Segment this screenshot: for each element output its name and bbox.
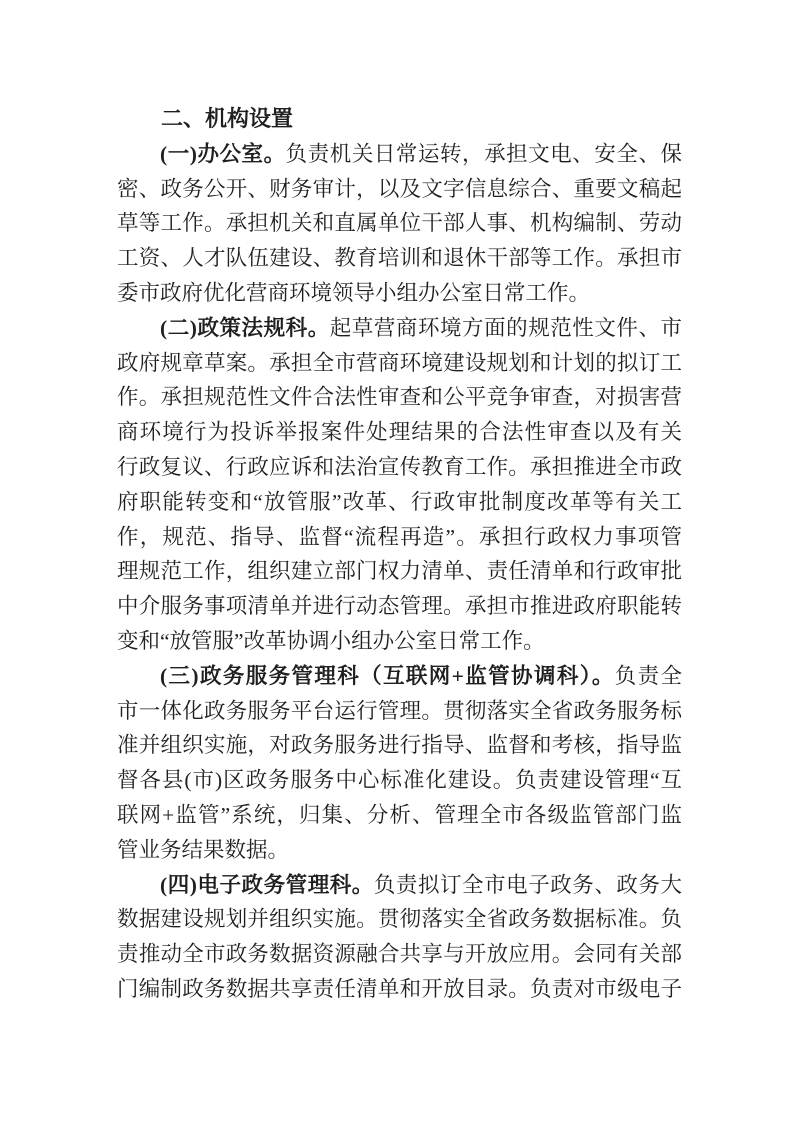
body-text: 管业务结果数据。	[117, 838, 289, 862]
text-line: 准并组织实施，对政务服务进行指导、监督和考核，指导监	[117, 728, 682, 763]
document-page: 二、机构设置 (一)办公室。负责机关日常运转，承担文电、安全、保密、政务公开、财…	[0, 0, 793, 1122]
body-text: 市一体化政务服务平台运行管理。贯彻落实全省政务服务标	[117, 699, 682, 723]
document-content: 二、机构设置 (一)办公室。负责机关日常运转，承担文电、安全、保密、政务公开、财…	[117, 102, 682, 1007]
body-text: 理规范工作，组织建立部门权力清单、责任清单和行政审批	[117, 559, 682, 583]
section-heading: 二、机构设置	[117, 102, 682, 137]
text-line: (一)办公室。负责机关日常运转，承担文电、安全、保	[117, 137, 682, 172]
text-line: (三)政务服务管理科（互联网+监管协调科）。负责全	[117, 659, 682, 694]
body-text: 负责全	[615, 664, 682, 688]
body-text: 作。承担规范性文件合法性审查和公平竞争审查，对损害营	[117, 385, 682, 409]
paragraph: (四)电子政务管理科。负责拟订全市电子政务、政务大数据建设规划并组织实施。贯彻落…	[117, 868, 682, 1007]
text-line: 草等工作。承担机关和直属单位干部人事、机构编制、劳动	[117, 206, 682, 241]
text-line: 数据建设规划并组织实施。贯彻落实全省政务数据标准。负	[117, 902, 682, 937]
body-text: 密、政务公开、财务审计，以及文字信息综合、重要文稿起	[117, 177, 682, 201]
text-line: 密、政务公开、财务审计，以及文字信息综合、重要文稿起	[117, 172, 682, 207]
text-line: 管业务结果数据。	[117, 833, 682, 868]
body-text: 数据建设规划并组织实施。贯彻落实全省政务数据标准。负	[117, 907, 682, 931]
body-text: 准并组织实施，对政务服务进行指导、监督和考核，指导监	[117, 733, 682, 757]
text-line: 联网+监管”系统，归集、分析、管理全市各级监管部门监	[117, 798, 682, 833]
section-label: (四)电子政务管理科。	[160, 873, 374, 897]
text-line: 府职能转变和“放管服”改革、行政审批制度改革等有关工	[117, 485, 682, 520]
text-line: 中介服务事项清单并进行动态管理。承担市推进政府职能转	[117, 589, 682, 624]
text-line: 门编制政务数据共享责任清单和开放目录。负责对市级电子	[117, 972, 682, 1007]
text-line: 责推动全市政务数据资源融合共享与开放应用。会同有关部	[117, 937, 682, 972]
section-label: (二)政策法规科。	[160, 316, 330, 340]
text-line: 变和“放管服”改革协调小组办公室日常工作。	[117, 624, 682, 659]
body-text: 责推动全市政务数据资源融合共享与开放应用。会同有关部	[117, 942, 682, 966]
body-text: 行政复议、行政应诉和法治宣传教育工作。承担推进全市政	[117, 455, 682, 479]
text-line: 商环境行为投诉举报案件处理结果的合法性审查以及有关	[117, 415, 682, 450]
text-line: 督各县(市)区政务服务中心标准化建设。负责建设管理“互	[117, 763, 682, 798]
text-line: 委市政府优化营商环境领导小组办公室日常工作。	[117, 276, 682, 311]
body-text: 中介服务事项清单并进行动态管理。承担市推进政府职能转	[117, 594, 682, 618]
body-text: 委市政府优化营商环境领导小组办公室日常工作。	[117, 281, 590, 305]
text-line: (四)电子政务管理科。负责拟订全市电子政务、政务大	[117, 868, 682, 903]
body-text: 起草营商环境方面的规范性文件、市	[330, 316, 682, 340]
paragraph: (二)政策法规科。起草营商环境方面的规范性文件、市政府规章草案。承担全市营商环境…	[117, 311, 682, 659]
body-text: 联网+监管”系统，归集、分析、管理全市各级监管部门监	[117, 803, 682, 827]
text-line: 作。承担规范性文件合法性审查和公平竞争审查，对损害营	[117, 380, 682, 415]
text-line: 工资、人才队伍建设、教育培训和退休干部等工作。承担市	[117, 241, 682, 276]
body-text: 府职能转变和“放管服”改革、行政审批制度改革等有关工	[117, 490, 682, 514]
body-text: 工资、人才队伍建设、教育培训和退休干部等工作。承担市	[117, 246, 682, 270]
text-line: 理规范工作，组织建立部门权力清单、责任清单和行政审批	[117, 554, 682, 589]
text-line: 市一体化政务服务平台运行管理。贯彻落实全省政务服务标	[117, 694, 682, 729]
text-line: 作，规范、指导、监督“流程再造”。承担行政权力事项管	[117, 520, 682, 555]
body-text: 变和“放管服”改革协调小组办公室日常工作。	[117, 629, 545, 653]
text-line: (二)政策法规科。起草营商环境方面的规范性文件、市	[117, 311, 682, 346]
section-label: (三)政务服务管理科（互联网+监管协调科）。	[160, 664, 615, 688]
text-line: 行政复议、行政应诉和法治宣传教育工作。承担推进全市政	[117, 450, 682, 485]
body-text: 作，规范、指导、监督“流程再造”。承担行政权力事项管	[117, 525, 682, 549]
paragraph: (三)政务服务管理科（互联网+监管协调科）。负责全市一体化政务服务平台运行管理。…	[117, 659, 682, 868]
body-text: 商环境行为投诉举报案件处理结果的合法性审查以及有关	[117, 420, 682, 444]
paragraph: (一)办公室。负责机关日常运转，承担文电、安全、保密、政务公开、财务审计，以及文…	[117, 137, 682, 311]
body-text: 负责拟订全市电子政务、政务大	[374, 873, 682, 897]
section-label: (一)办公室。	[160, 142, 286, 166]
text-line: 政府规章草案。承担全市营商环境建设规划和计划的拟订工	[117, 346, 682, 381]
body-text: 门编制政务数据共享责任清单和开放目录。负责对市级电子	[117, 977, 682, 1001]
body-text: 负责机关日常运转，承担文电、安全、保	[286, 142, 682, 166]
document-body: (一)办公室。负责机关日常运转，承担文电、安全、保密、政务公开、财务审计，以及文…	[117, 137, 682, 1007]
body-text: 督各县(市)区政务服务中心标准化建设。负责建设管理“互	[117, 768, 682, 792]
body-text: 草等工作。承担机关和直属单位干部人事、机构编制、劳动	[117, 211, 682, 235]
body-text: 政府规章草案。承担全市营商环境建设规划和计划的拟订工	[117, 351, 682, 375]
